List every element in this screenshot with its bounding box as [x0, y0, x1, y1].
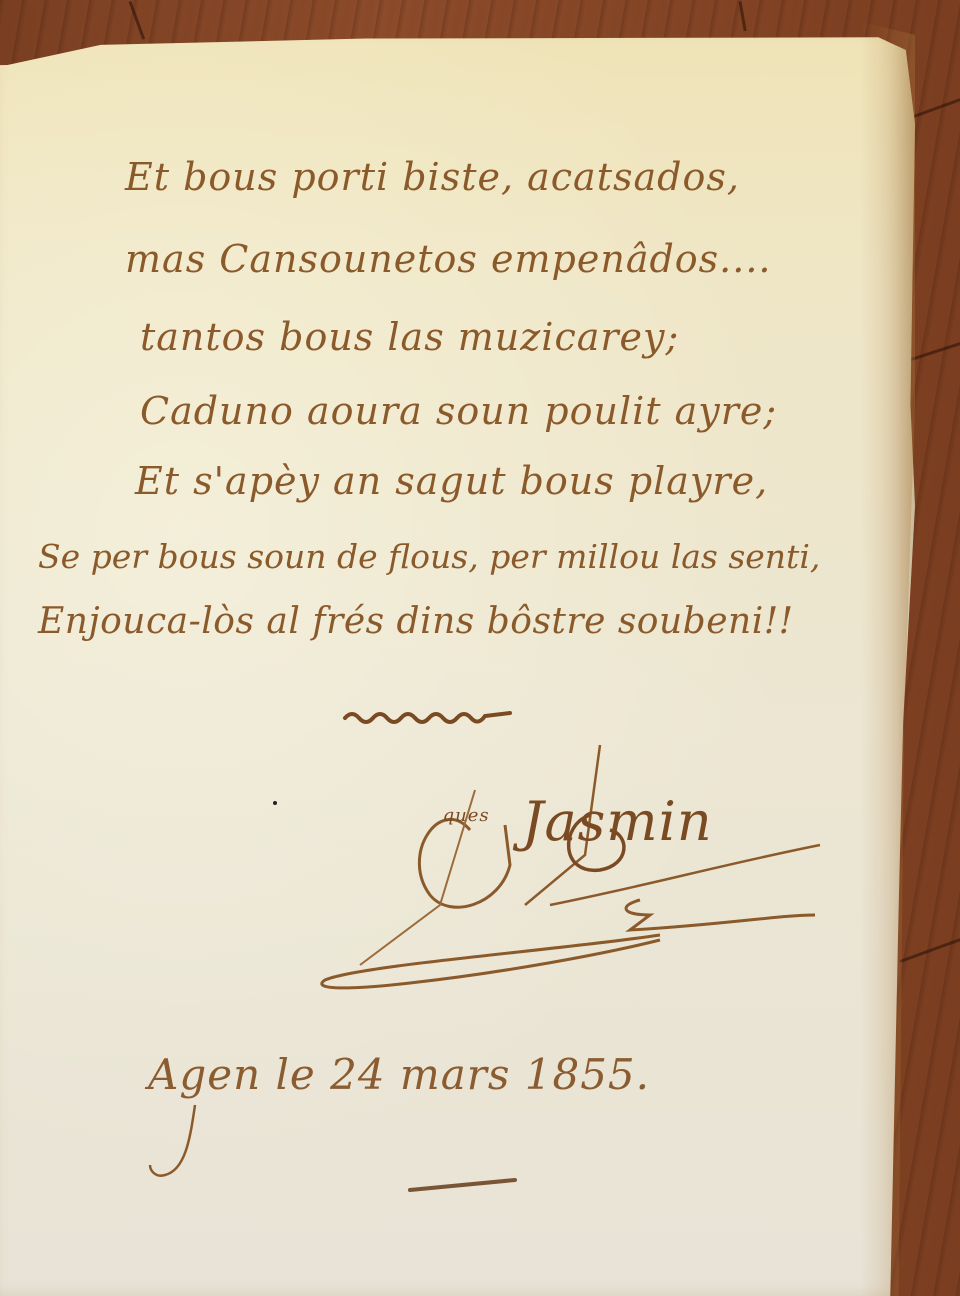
signature-name: Jques Jasmin: [420, 790, 713, 853]
signature-flourish: [300, 735, 840, 1015]
closing-rule: [405, 1175, 525, 1195]
wood-grain-line: [899, 936, 960, 963]
poem-line-6: Se per bous soun de flous, per millou la…: [38, 540, 820, 573]
stray-dot: [273, 801, 277, 805]
agen-descender-flourish: [145, 1100, 225, 1190]
book-page: [0, 22, 915, 1296]
poem-line-5: Et s'apèy an sagut bous playre,: [135, 462, 768, 500]
poem-line-7: Enjouca-lòs al frés dins bôstre soubeni!…: [38, 604, 794, 640]
wavy-separator: [340, 700, 520, 730]
poem-line-2: mas Cansounetos empenâdos....: [125, 240, 772, 278]
dateline: Agen le 24 mars 1855.: [148, 1050, 650, 1099]
wood-grain-line: [739, 1, 747, 31]
poem-line-1: Et bous porti biste, acatsados,: [125, 158, 740, 196]
wood-grain-line: [905, 338, 960, 362]
poem-line-4: Caduno aoura soun poulit ayre;: [140, 392, 777, 430]
wood-grain-line: [129, 1, 145, 40]
signature-surname: Jasmin: [522, 790, 713, 853]
poem-line-3: tantos bous las muzicarey;: [140, 318, 679, 356]
signature-superscript: ques: [443, 805, 490, 826]
